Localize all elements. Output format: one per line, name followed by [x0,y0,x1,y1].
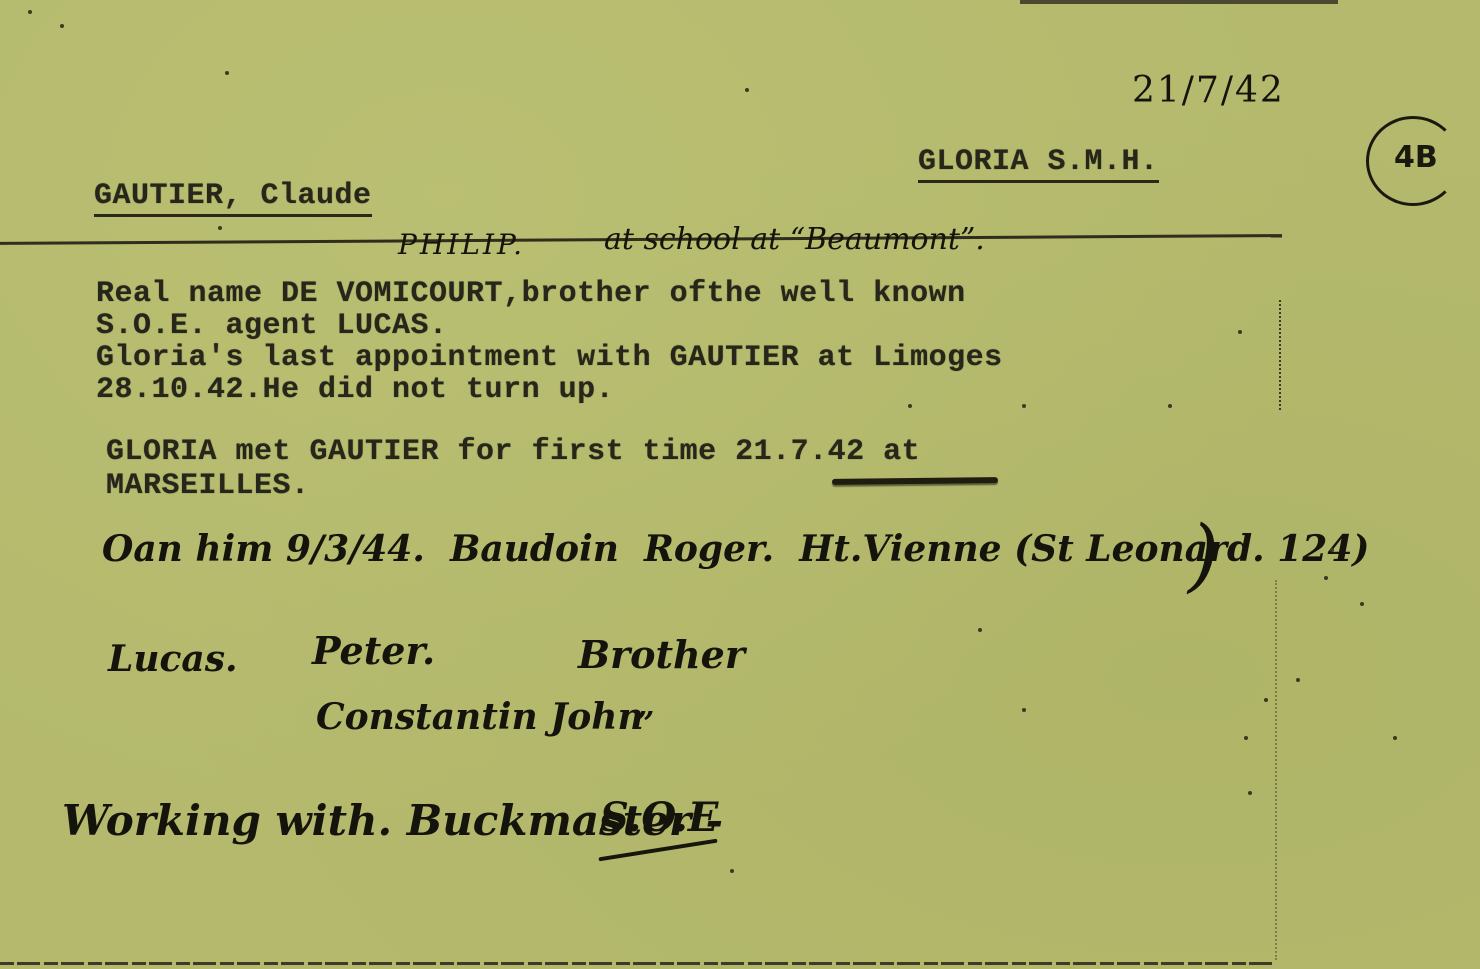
scan-speck [1168,404,1172,408]
index-card: 21/7/42 GLORIA S.M.H. 4B GAUTIER, Claude… [0,0,1480,969]
typed-line-city: MARSEILLES. [106,470,310,502]
scan-speck [1360,602,1364,606]
handwritten-org: S.O.E [600,794,718,841]
scan-speck [60,24,64,28]
typed-line: S.O.E. agent LUCAS. [96,310,448,342]
card-bottom-edge [0,962,1275,965]
scan-speck [1238,330,1242,334]
scan-speck [1244,736,1248,740]
source-label: GLORIA S.M.H. [918,146,1159,183]
typed-line: 28.10.42.He did not turn up. [96,374,614,406]
handwritten-lucas: Lucas. [108,638,238,680]
scan-speck [1022,404,1026,408]
date-underline-mark [832,477,998,485]
typed-line: Real name DE VOMICOURT,brother ofthe wel… [96,278,966,310]
subject-name: GAUTIER, Claude [94,180,372,217]
handwritten-alias: PHILIP. [398,228,525,261]
scan-speck [1248,791,1252,795]
first-meeting-suffix: at [865,435,921,469]
typed-line-first-meeting: GLORIA met GAUTIER for first time 21.7.4… [106,436,920,468]
scan-speck [908,404,912,408]
scan-speck [1330,548,1334,552]
scan-speck [730,869,734,873]
scan-speck [1324,576,1328,580]
typed-line: Gloria's last appointment with GAUTIER a… [96,342,1003,374]
scan-speck [1296,678,1300,682]
handwritten-peter: Peter. [312,628,435,673]
scan-speck [978,628,982,632]
scan-speck [28,10,32,14]
scan-speck [1393,736,1397,740]
first-meeting-date: 21.7.42 [735,435,865,469]
stamp-text: 4B [1394,140,1438,175]
scan-speck [218,226,222,230]
scan-speck [1022,708,1026,712]
handwritten-date: 21/7/42 [1132,70,1285,111]
handwritten-bracket-icon: ) [1188,508,1219,601]
first-meeting-text: GLORIA met GAUTIER for first time [106,435,735,469]
scan-speck [745,88,749,92]
handwritten-note-line1: Oan him 9/3/44. Baudoin Roger. Ht.Vienne… [102,528,1369,570]
handwritten-ditto-mark: ” [636,704,654,742]
handwritten-brother: Brother [578,632,745,677]
scan-speck [225,71,229,75]
card-right-edge [1279,300,1281,410]
handwritten-school-note: at school at “Beaumont”. [604,222,985,257]
handwritten-constantin-john: Constantin John [316,696,644,738]
card-right-edge-lower [1275,580,1277,960]
scan-speck [1264,698,1268,702]
card-top-edge [1020,0,1338,4]
